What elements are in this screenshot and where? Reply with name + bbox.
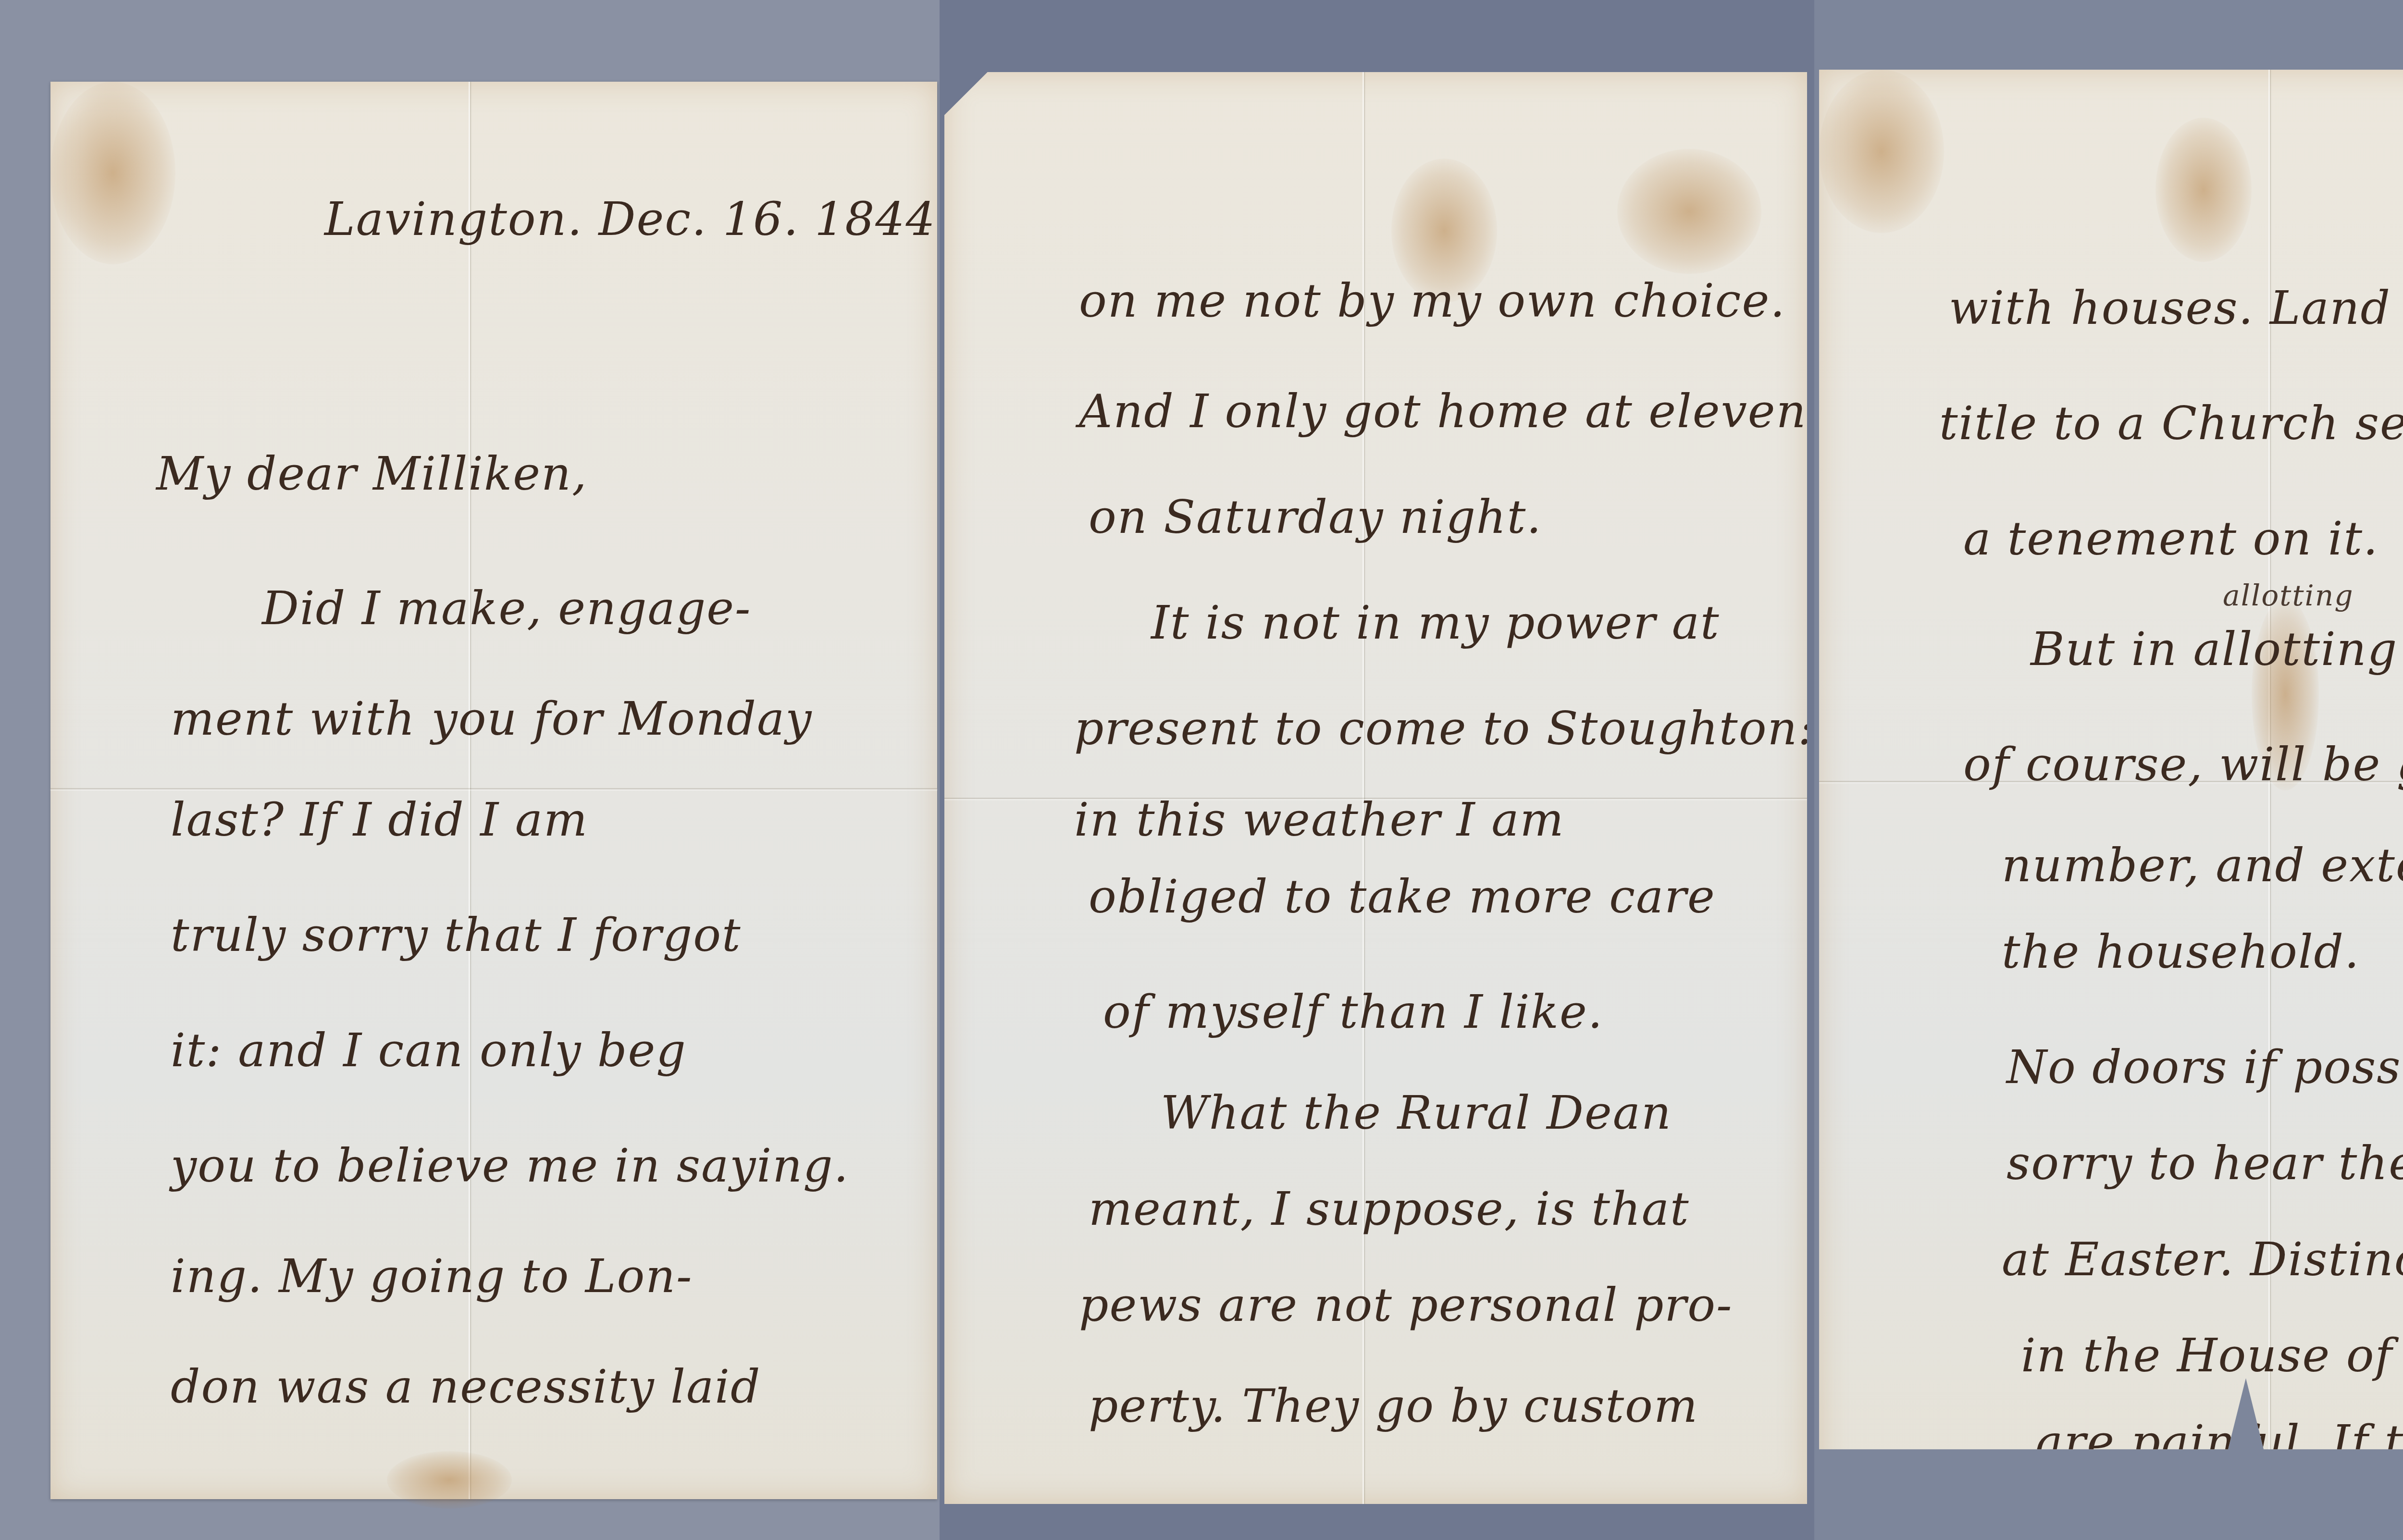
letter-line: But in allotting consideration,	[2031, 622, 2403, 676]
horizontal-fold	[50, 788, 937, 789]
letter-line: sorry to hear there are any	[2007, 1136, 2403, 1190]
letter-line: with houses. Land gives no	[1949, 281, 2403, 335]
page-2-photo: on me not by my own choice. And I only g…	[940, 0, 1814, 1540]
letter-line: ing. My going to Lon-	[171, 1249, 693, 1303]
letter-line: don was a necessity laid	[171, 1360, 761, 1414]
letter-line: And I only got home at eleven	[1079, 384, 1807, 438]
letter-line: truly sorry that I forgot	[171, 908, 742, 962]
letter-line: you to believe me in saying.	[171, 1139, 849, 1193]
letter-line: What the Rural Dean	[1161, 1086, 1672, 1140]
letter-salutation: My dear Milliken,	[156, 447, 587, 501]
letter-line: the household.	[2002, 925, 2360, 979]
letter-dateline: Lavington. Dec. 16. 1844.	[324, 192, 940, 246]
page-1-photo: Lavington. Dec. 16. 1844. My dear Millik…	[0, 0, 940, 1540]
letter-line: of course, will be given to	[1963, 738, 2403, 791]
letter-line: It is not in my power at	[1151, 596, 1720, 650]
letter-line: of myself than I like.	[1103, 985, 1603, 1039]
foxing-stain	[2155, 118, 2252, 262]
foxing-stain	[1819, 70, 1944, 233]
letter-line: at Easter. Distinctions	[2002, 1232, 2403, 1286]
letter-line: in this weather I am	[1074, 793, 1564, 847]
letter-line: last? If I did I am	[171, 793, 588, 847]
letter-line: perty. They go by custom	[1089, 1379, 1698, 1433]
foxing-stain	[387, 1451, 512, 1509]
letter-line: obliged to take more care	[1089, 870, 1716, 924]
letter-line: a tenement on it.	[1963, 512, 2378, 566]
foxing-stain	[1617, 149, 1761, 274]
letter-line: present to come to Stoughton:	[1074, 702, 1814, 755]
letter-line: number, and extent of	[2002, 838, 2403, 892]
inserted-correction: allotting	[2223, 579, 2354, 613]
letter-line: Did I make, engage-	[262, 581, 751, 635]
page-3-paper: with houses. Land gives no title to a Ch…	[1819, 70, 2403, 1492]
letter-line: on me not by my own choice.	[1079, 274, 1786, 328]
page-2-paper: on me not by my own choice. And I only g…	[944, 72, 1807, 1504]
letter-line: are painful. If they had	[2035, 1415, 2403, 1469]
page-1-paper: Lavington. Dec. 16. 1844. My dear Millik…	[50, 82, 937, 1499]
foxing-stain	[50, 82, 175, 264]
letter-line: it: and I can only beg	[171, 1023, 687, 1077]
letter-line: ment with you for Monday	[171, 692, 813, 746]
letter-line: on Saturday night.	[1089, 490, 1542, 544]
letter-line: title to a Church seat, without	[1939, 396, 2403, 450]
letter-line: meant, I suppose, is that	[1089, 1182, 1690, 1236]
page-3-photo: with houses. Land gives no title to a Ch…	[1814, 0, 2403, 1540]
letter-line: No doors if possible. I am	[2007, 1040, 2403, 1094]
letter-scan-strip: Lavington. Dec. 16. 1844. My dear Millik…	[0, 0, 2403, 1540]
letter-line: in the House of God	[2021, 1329, 2403, 1382]
letter-line: pews are not personal pro-	[1079, 1278, 1733, 1332]
